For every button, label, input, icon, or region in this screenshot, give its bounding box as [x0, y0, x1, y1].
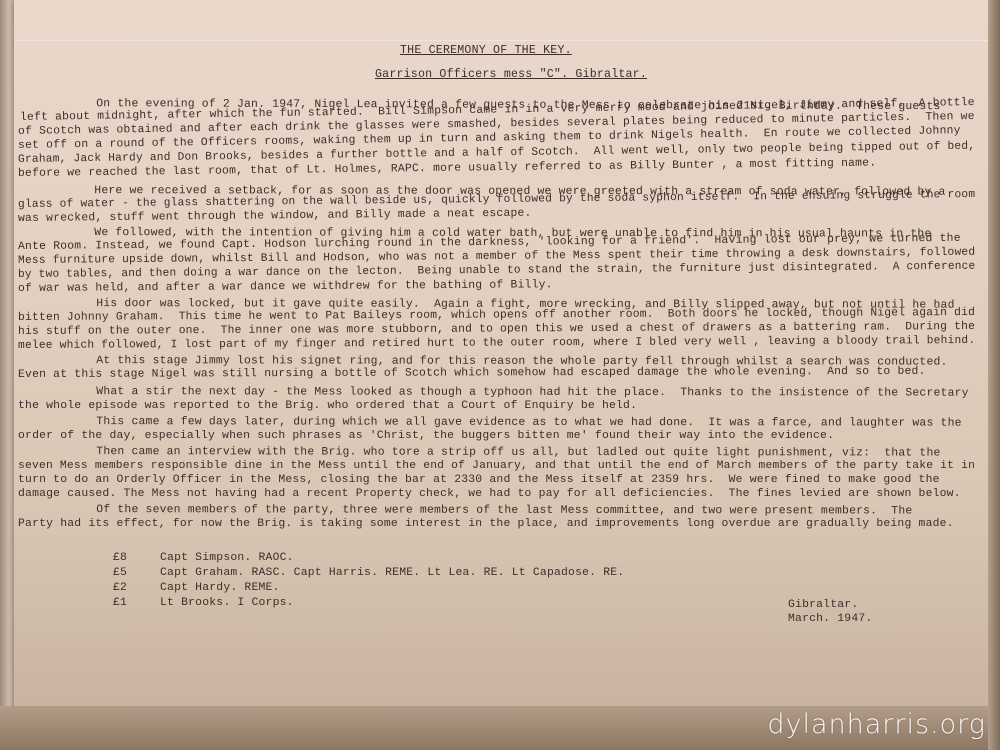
fine-amount: £2: [113, 582, 160, 594]
fine-row: £5Capt Graham. RASC. Capt Harris. REME. …: [113, 567, 624, 579]
signoff-date: March. 1947.: [788, 613, 872, 625]
fine-names: Lt Brooks. I Corps.: [160, 597, 294, 609]
fine-amount: £1: [113, 597, 160, 609]
body-line: of war was held, and after a war dance w…: [18, 278, 553, 296]
body-line: Even at this stage Nigel was still nursi…: [18, 365, 926, 382]
watermark: dylanharris.org: [767, 709, 986, 740]
fine-names: Capt Hardy. REME.: [160, 582, 280, 594]
fine-amount: £8: [113, 552, 160, 564]
fine-row: £1Lt Brooks. I Corps.: [113, 597, 294, 609]
body-line: seven Mess members responsible dine in t…: [18, 459, 975, 473]
body-line: turn to do an Orderly Officer in the Mes…: [18, 473, 940, 487]
document-subtitle: Garrison Officers mess "C". Gibraltar.: [375, 68, 647, 81]
document-text: THE CEREMONY OF THE KEY. Garrison Office…: [0, 0, 1000, 750]
body-line: damage caused. The Mess not having had a…: [18, 487, 961, 501]
fine-row: £8Capt Simpson. RAOC.: [113, 552, 294, 564]
fine-row: £2Capt Hardy. REME.: [113, 582, 280, 594]
body-line: Party had its effect, for now the Brig. …: [18, 517, 954, 531]
signoff-place: Gibraltar.: [788, 599, 858, 611]
fine-names: Capt Graham. RASC. Capt Harris. REME. Lt…: [160, 567, 624, 579]
fine-names: Capt Simpson. RAOC.: [160, 552, 294, 564]
document-title: THE CEREMONY OF THE KEY.: [400, 44, 572, 57]
body-line: the whole episode was reported to the Br…: [18, 399, 637, 413]
fine-amount: £5: [113, 567, 160, 579]
body-line: order of the day, especially when such p…: [18, 429, 834, 443]
